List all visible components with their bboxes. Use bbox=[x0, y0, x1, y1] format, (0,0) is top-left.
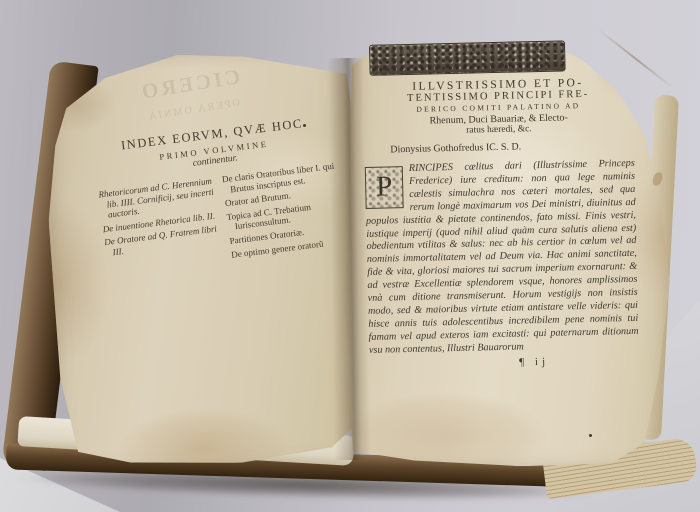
foliate-headpiece-ornament-icon bbox=[370, 41, 565, 74]
dedication-paragraph: PRINCIPES cælitus dari (Illustrissime Pr… bbox=[365, 158, 639, 358]
index-column-right: De claris Oratoribus liber I. qui Brutus… bbox=[221, 160, 347, 263]
paragraph-text: RINCIPES cælitus dari (Illustrissime Pri… bbox=[366, 158, 639, 356]
author-salutation: Dionysius Gothofredus IC. S. D. bbox=[390, 139, 634, 156]
index-block: INDEX EORVM, QVÆ HOC PRIMO VOLVMINE cont… bbox=[92, 113, 347, 278]
ink-speck bbox=[589, 434, 592, 437]
dedication-page-content: ILLVSTRISSIMO ET PO- TENTISSIMO PRINCIPI… bbox=[362, 40, 639, 372]
decorated-initial-P-icon: P bbox=[365, 166, 404, 209]
index-column-left: Rhetoricorum ad C. Herennium lib. IIII. … bbox=[98, 176, 224, 279]
